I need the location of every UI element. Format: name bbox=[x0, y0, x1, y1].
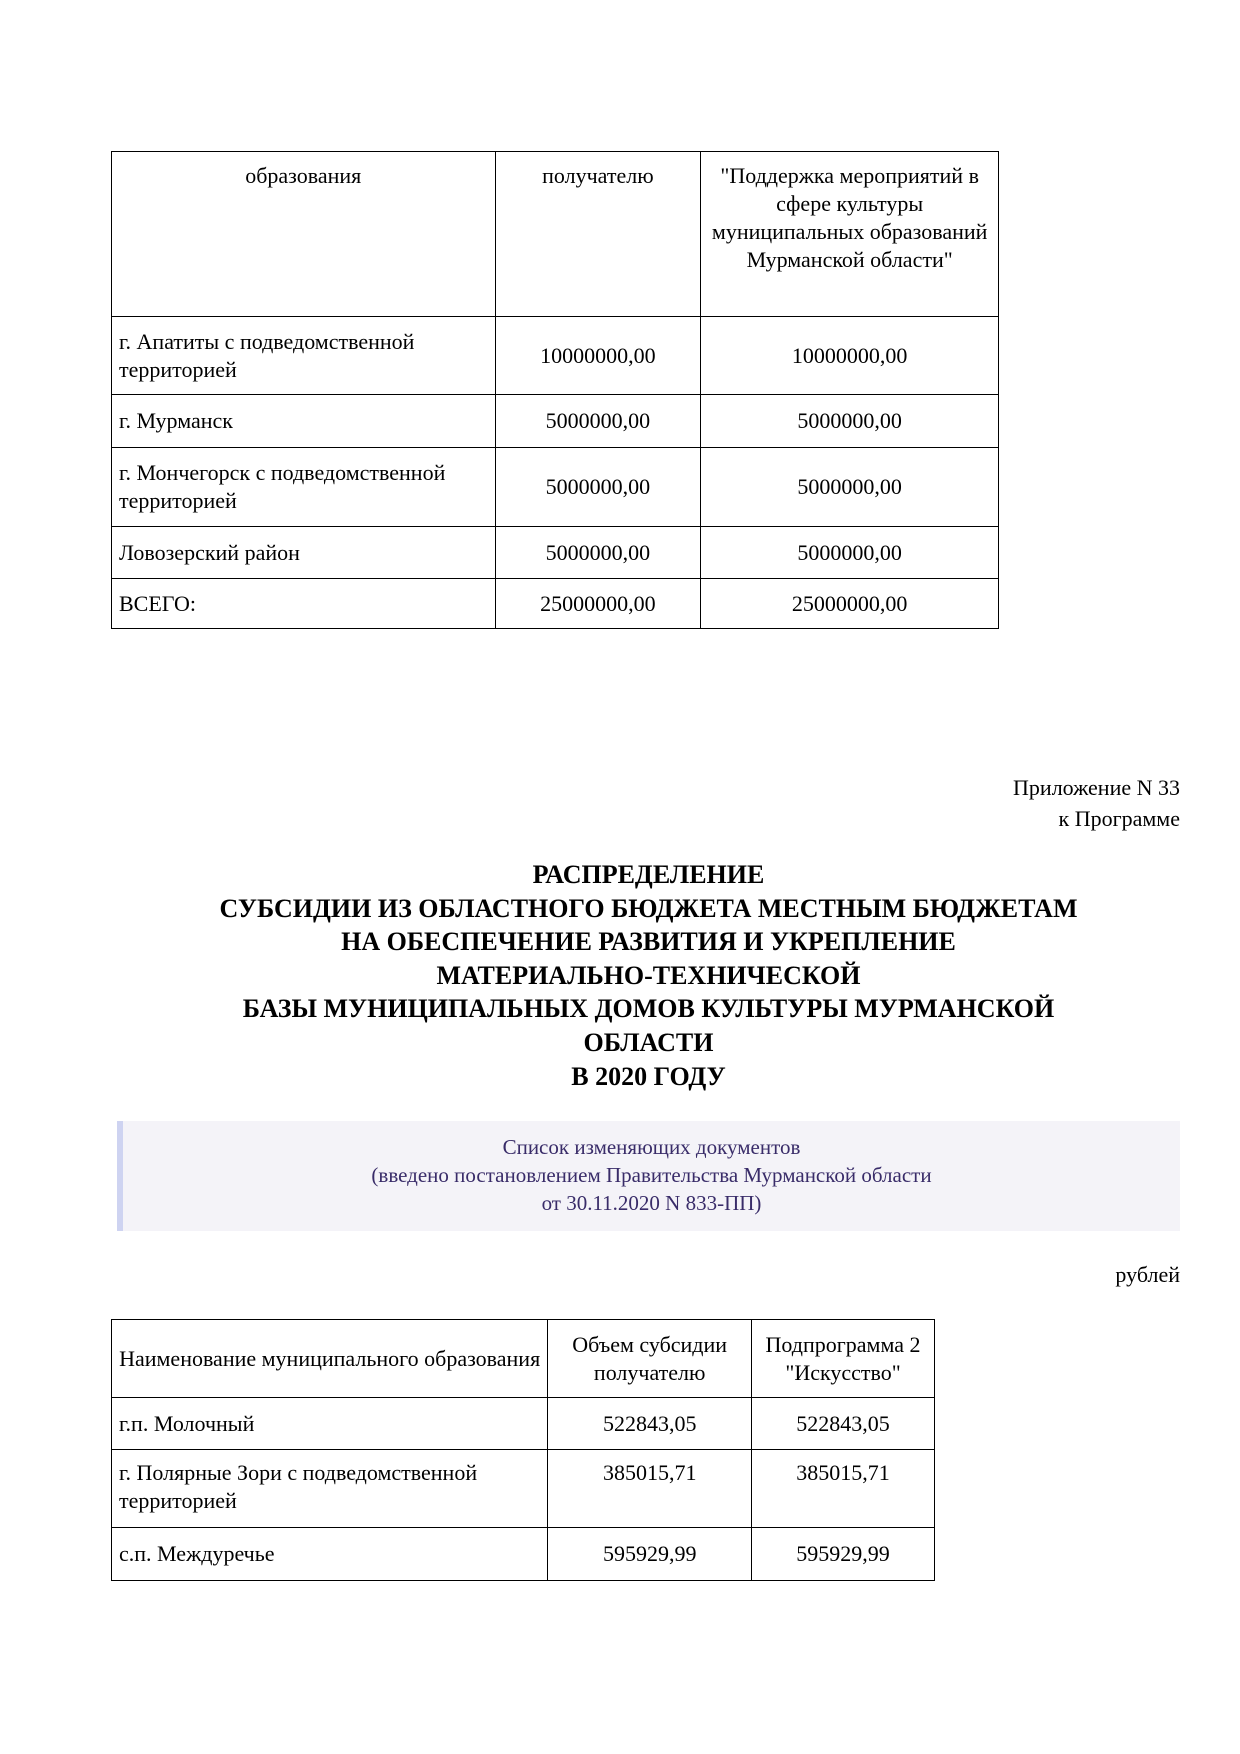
cell-recipient: 25000000,00 bbox=[495, 579, 701, 629]
cell-name: г.п. Молочный bbox=[112, 1398, 548, 1450]
cell-name: г. Апатиты с подведомственной территорие… bbox=[112, 317, 496, 395]
table-total-row: ВСЕГО: 25000000,00 25000000,00 bbox=[112, 579, 999, 629]
document-title: РАСПРЕДЕЛЕНИЕ СУБСИДИИ ИЗ ОБЛАСТНОГО БЮД… bbox=[117, 858, 1180, 1093]
cell-program: 5000000,00 bbox=[701, 395, 999, 448]
cell-name: г. Полярные Зори с подведомственной терр… bbox=[112, 1450, 548, 1528]
title-line: НА ОБЕСПЕЧЕНИЕ РАЗВИТИЯ И УКРЕПЛЕНИЕ bbox=[117, 925, 1180, 959]
appendix-reference: Приложение N 33 к Программе bbox=[1013, 772, 1180, 834]
table-row: г. Мончегорск с подведомственной террито… bbox=[112, 448, 999, 527]
appendix-number: Приложение N 33 bbox=[1013, 772, 1180, 803]
cell-recipient: 595929,99 bbox=[548, 1528, 752, 1581]
title-line: СУБСИДИИ ИЗ ОБЛАСТНОГО БЮДЖЕТА МЕСТНЫМ Б… bbox=[117, 892, 1180, 926]
title-line: РАСПРЕДЕЛЕНИЕ bbox=[117, 858, 1180, 892]
header-cell-recipient: Объем субсидии получателю bbox=[548, 1320, 752, 1398]
amendments-box: Список изменяющих документов (введено по… bbox=[117, 1121, 1180, 1231]
title-line: БАЗЫ МУНИЦИПАЛЬНЫХ ДОМОВ КУЛЬТУРЫ МУРМАН… bbox=[117, 992, 1180, 1026]
title-line: ОБЛАСТИ bbox=[117, 1026, 1180, 1060]
currency-unit: рублей bbox=[1115, 1262, 1180, 1288]
table-row: г. Мурманск 5000000,00 5000000,00 bbox=[112, 395, 999, 448]
cell-program: 5000000,00 bbox=[701, 527, 999, 579]
cell-name: г. Мурманск bbox=[112, 395, 496, 448]
table-header-row: Наименование муниципального образования … bbox=[112, 1320, 935, 1398]
cell-program: 10000000,00 bbox=[701, 317, 999, 395]
header-cell-program: "Поддержка мероприятий в сфере культуры … bbox=[701, 152, 999, 317]
table-row: г. Апатиты с подведомственной территорие… bbox=[112, 317, 999, 395]
cell-recipient: 522843,05 bbox=[548, 1398, 752, 1450]
table-row: с.п. Междуречье 595929,99 595929,99 bbox=[112, 1528, 935, 1581]
cell-recipient: 5000000,00 bbox=[495, 448, 701, 527]
cell-program: 385015,71 bbox=[752, 1450, 935, 1528]
cell-recipient: 5000000,00 bbox=[495, 395, 701, 448]
appendix-program: к Программе bbox=[1013, 803, 1180, 834]
cell-program: 595929,99 bbox=[752, 1528, 935, 1581]
cell-name: г. Мончегорск с подведомственной террито… bbox=[112, 448, 496, 527]
cell-program: 522843,05 bbox=[752, 1398, 935, 1450]
amendments-line[interactable]: от 30.11.2020 N 833-ПП) bbox=[123, 1189, 1180, 1217]
header-cell-recipient: получателю bbox=[495, 152, 701, 317]
header-cell-entity: образования bbox=[112, 152, 496, 317]
subsidy-table-continued: образования получателю "Поддержка меропр… bbox=[111, 151, 999, 629]
amendments-line[interactable]: (введено постановлением Правительства Му… bbox=[123, 1161, 1180, 1189]
cell-recipient: 385015,71 bbox=[548, 1450, 752, 1528]
table-row: г. Полярные Зори с подведомственной терр… bbox=[112, 1450, 935, 1528]
subsidy-table: Наименование муниципального образования … bbox=[111, 1319, 935, 1581]
cell-recipient: 10000000,00 bbox=[495, 317, 701, 395]
cell-name: с.п. Междуречье bbox=[112, 1528, 548, 1581]
cell-recipient: 5000000,00 bbox=[495, 527, 701, 579]
header-cell-program: Подпрограмма 2 "Искусство" bbox=[752, 1320, 935, 1398]
cell-program: 5000000,00 bbox=[701, 448, 999, 527]
cell-name: ВСЕГО: bbox=[112, 579, 496, 629]
header-cell-entity: Наименование муниципального образования bbox=[112, 1320, 548, 1398]
cell-program: 25000000,00 bbox=[701, 579, 999, 629]
amendments-heading: Список изменяющих документов bbox=[123, 1133, 1180, 1161]
title-line: В 2020 ГОДУ bbox=[117, 1060, 1180, 1094]
title-line: МАТЕРИАЛЬНО-ТЕХНИЧЕСКОЙ bbox=[117, 959, 1180, 993]
cell-name: Ловозерский район bbox=[112, 527, 496, 579]
table-row: г.п. Молочный 522843,05 522843,05 bbox=[112, 1398, 935, 1450]
table-header-row: образования получателю "Поддержка меропр… bbox=[112, 152, 999, 317]
table-row: Ловозерский район 5000000,00 5000000,00 bbox=[112, 527, 999, 579]
